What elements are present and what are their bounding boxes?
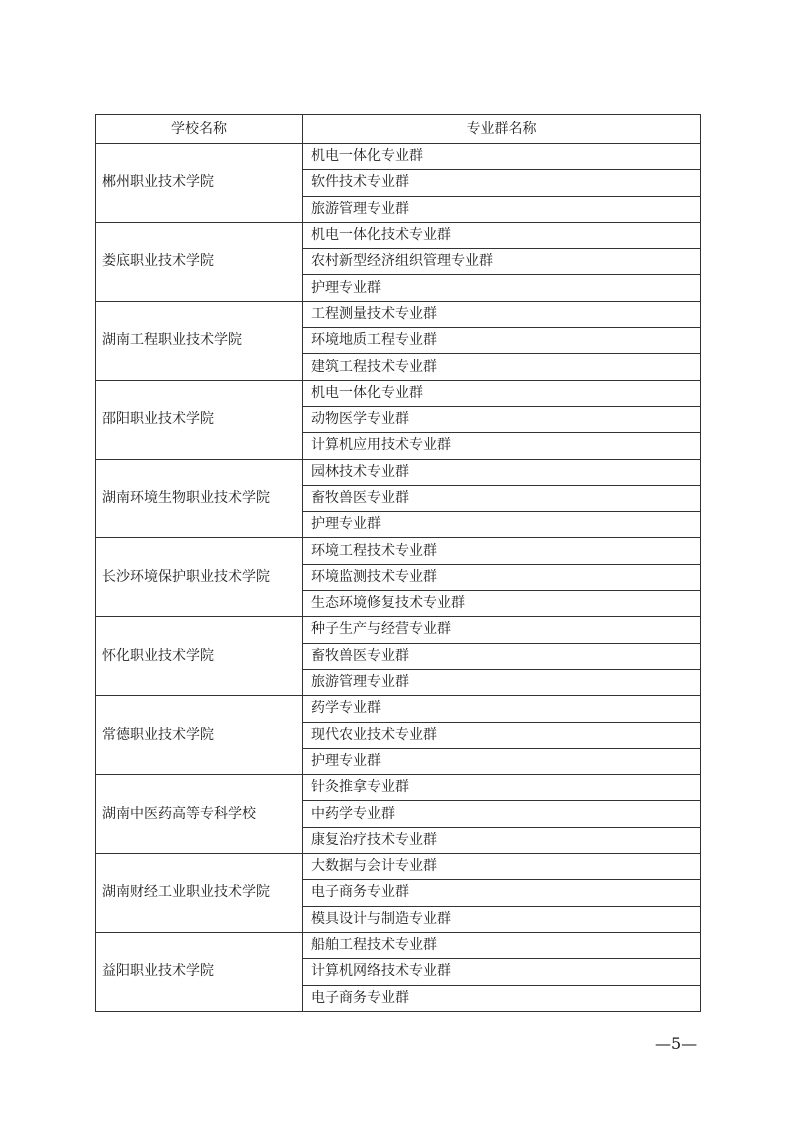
school-name-cell: 长沙环境保护职业技术学院 <box>96 538 303 617</box>
school-name-cell: 湖南财经工业职业技术学院 <box>96 854 303 933</box>
table-row: 长沙环境保护职业技术学院环境工程技术专业群 <box>96 538 701 564</box>
major-group-cell: 园林技术专业群 <box>303 459 701 485</box>
major-group-cell: 旅游管理专业群 <box>303 669 701 695</box>
table-row: 常德职业技术学院药学专业群 <box>96 696 701 722</box>
school-name-cell: 娄底职业技术学院 <box>96 222 303 301</box>
school-major-table: 学校名称 专业群名称 郴州职业技术学院机电一体化专业群软件技术专业群旅游管理专业… <box>95 114 701 1012</box>
major-group-cell: 康复治疗技术专业群 <box>303 827 701 853</box>
table-row: 娄底职业技术学院机电一体化技术专业群 <box>96 222 701 248</box>
major-group-cell: 现代农业技术专业群 <box>303 722 701 748</box>
school-name-cell: 常德职业技术学院 <box>96 696 303 775</box>
major-group-cell: 环境监测技术专业群 <box>303 564 701 590</box>
major-group-cell: 中药学专业群 <box>303 801 701 827</box>
major-group-cell: 电子商务专业群 <box>303 985 701 1011</box>
major-group-cell: 旅游管理专业群 <box>303 196 701 222</box>
major-group-cell: 机电一体化技术专业群 <box>303 222 701 248</box>
table-row: 湖南环境生物职业技术学院园林技术专业群 <box>96 459 701 485</box>
page-number: —5— <box>655 1034 697 1053</box>
major-group-cell: 电子商务专业群 <box>303 880 701 906</box>
major-group-cell: 计算机应用技术专业群 <box>303 433 701 459</box>
school-name-cell: 湖南中医药高等专科学校 <box>96 775 303 854</box>
header-school-name: 学校名称 <box>96 115 303 144</box>
school-name-cell: 郴州职业技术学院 <box>96 144 303 223</box>
table-row: 益阳职业技术学院船舶工程技术专业群 <box>96 932 701 958</box>
table-header-row: 学校名称 专业群名称 <box>96 115 701 144</box>
major-group-cell: 环境工程技术专业群 <box>303 538 701 564</box>
table-row: 湖南财经工业职业技术学院大数据与会计专业群 <box>96 854 701 880</box>
major-group-cell: 计算机网络技术专业群 <box>303 959 701 985</box>
school-name-cell: 益阳职业技术学院 <box>96 932 303 1011</box>
school-name-cell: 怀化职业技术学院 <box>96 617 303 696</box>
major-group-cell: 模具设计与制造专业群 <box>303 906 701 932</box>
school-name-cell: 湖南工程职业技术学院 <box>96 301 303 380</box>
major-group-cell: 农村新型经济组织管理专业群 <box>303 249 701 275</box>
major-group-cell: 建筑工程技术专业群 <box>303 354 701 380</box>
major-group-cell: 生态环境修复技术专业群 <box>303 591 701 617</box>
major-group-cell: 动物医学专业群 <box>303 406 701 432</box>
header-major-group-name: 专业群名称 <box>303 115 701 144</box>
major-group-cell: 机电一体化专业群 <box>303 380 701 406</box>
major-group-cell: 软件技术专业群 <box>303 170 701 196</box>
table-row: 邵阳职业技术学院机电一体化专业群 <box>96 380 701 406</box>
major-group-cell: 畜牧兽医专业群 <box>303 643 701 669</box>
major-group-cell: 机电一体化专业群 <box>303 144 701 170</box>
major-group-cell: 护理专业群 <box>303 748 701 774</box>
major-group-cell: 工程测量技术专业群 <box>303 301 701 327</box>
major-group-cell: 畜牧兽医专业群 <box>303 485 701 511</box>
major-group-cell: 针灸推拿专业群 <box>303 775 701 801</box>
school-name-cell: 邵阳职业技术学院 <box>96 380 303 459</box>
table-body: 郴州职业技术学院机电一体化专业群软件技术专业群旅游管理专业群娄底职业技术学院机电… <box>96 144 701 1012</box>
major-group-cell: 药学专业群 <box>303 696 701 722</box>
major-group-cell: 护理专业群 <box>303 275 701 301</box>
table-row: 郴州职业技术学院机电一体化专业群 <box>96 144 701 170</box>
table-row: 怀化职业技术学院种子生产与经营专业群 <box>96 617 701 643</box>
major-group-cell: 护理专业群 <box>303 512 701 538</box>
major-group-cell: 船舶工程技术专业群 <box>303 932 701 958</box>
major-group-cell: 种子生产与经营专业群 <box>303 617 701 643</box>
school-name-cell: 湖南环境生物职业技术学院 <box>96 459 303 538</box>
table-row: 湖南工程职业技术学院工程测量技术专业群 <box>96 301 701 327</box>
major-group-cell: 环境地质工程专业群 <box>303 328 701 354</box>
major-group-cell: 大数据与会计专业群 <box>303 854 701 880</box>
table-row: 湖南中医药高等专科学校针灸推拿专业群 <box>96 775 701 801</box>
